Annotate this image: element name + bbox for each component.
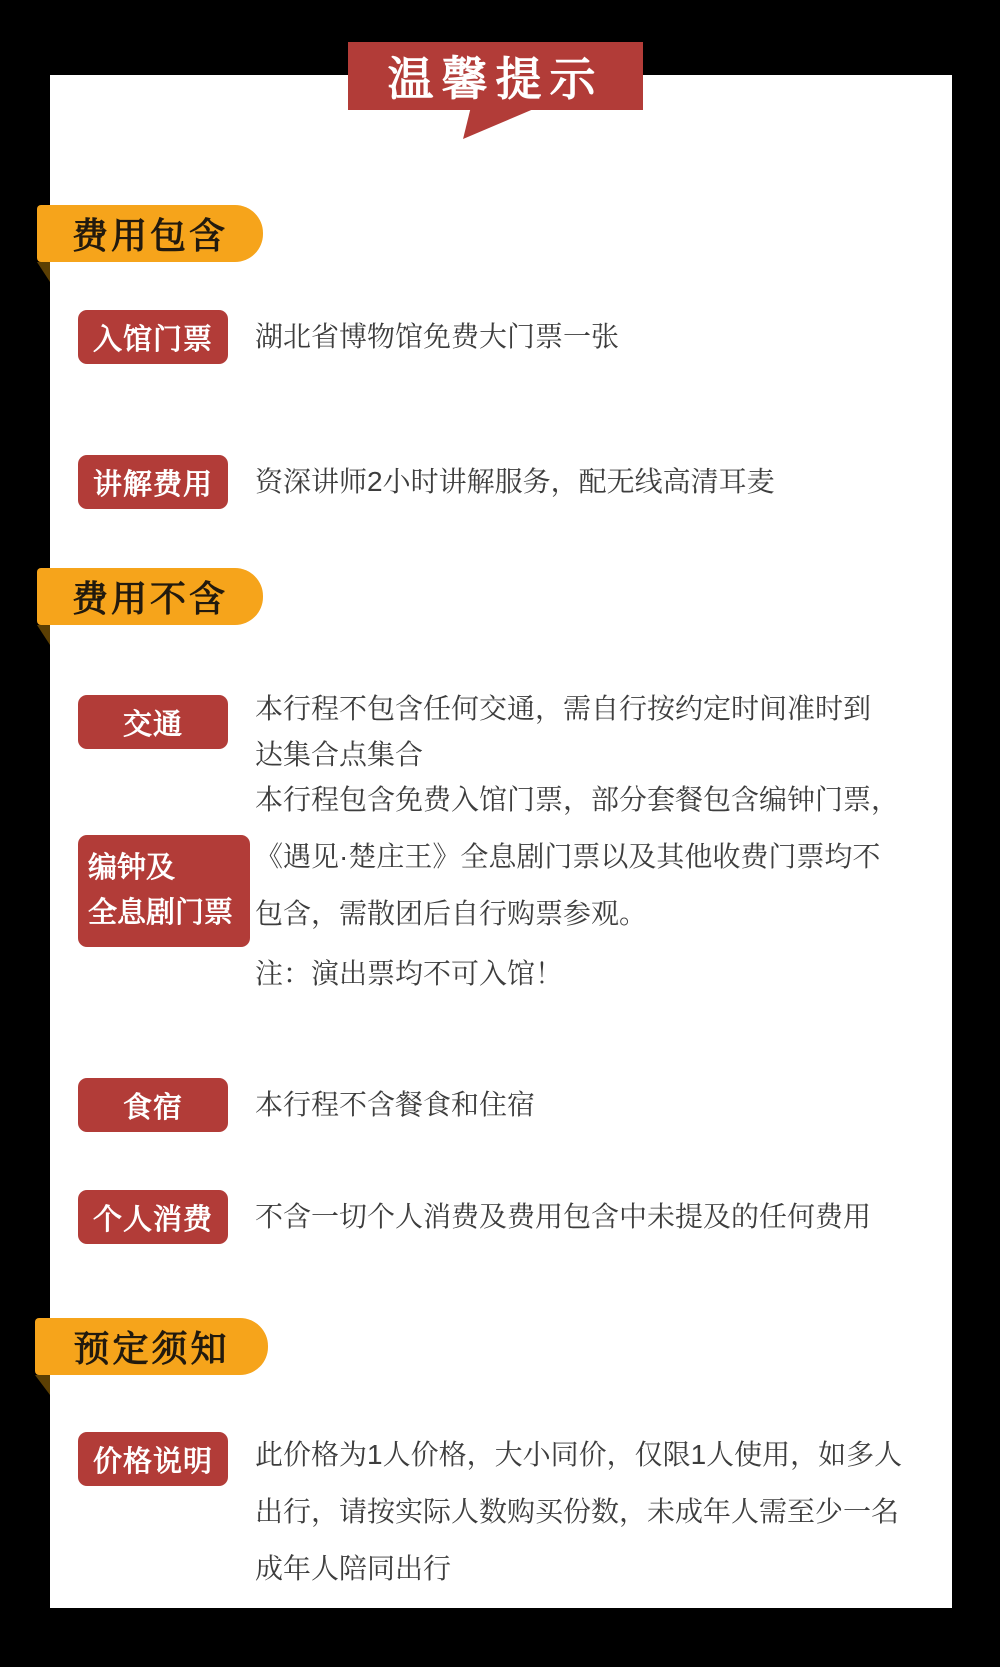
badge-label-line1: 编钟及 <box>88 846 175 891</box>
section-ribbon-fee-included: 费用包含 <box>37 205 263 262</box>
badge-label: 讲解费用 <box>93 462 213 503</box>
warm-tips-banner: 温馨提示 <box>348 42 643 110</box>
badge-guide-fee: 讲解费用 <box>78 455 228 509</box>
ribbon-label: 费用包含 <box>72 208 228 259</box>
ribbon-fold-icon <box>37 625 50 645</box>
badge-chime-holo-ticket: 编钟及 全息剧门票 <box>78 835 250 947</box>
badge-label: 个人消费 <box>93 1197 213 1238</box>
content-card: 费用包含 入馆门票 湖北省博物馆免费大门票一张 讲解费用 资深讲师2小时讲解服务… <box>50 75 952 1608</box>
ribbon-label: 费用不含 <box>72 571 228 622</box>
chime-holo-ticket-note: 注：演出票均不可入馆！ <box>255 954 910 994</box>
tips-page: 温馨提示 费用包含 入馆门票 湖北省博物馆免费大门票一张 讲解费用 资深讲师2小… <box>0 0 1000 1667</box>
badge-label: 入馆门票 <box>93 317 213 358</box>
badge-label-line2: 全息剧门票 <box>88 891 233 936</box>
badge-entry-ticket: 入馆门票 <box>78 310 228 364</box>
transport-text: 本行程不包含任何交通，需自行按约定时间准时到达集合点集合 <box>255 686 895 778</box>
ribbon-fold-icon <box>35 1375 50 1395</box>
ribbon-label: 预定须知 <box>73 1321 229 1372</box>
badge-meals-lodging: 食宿 <box>78 1078 228 1132</box>
banner-title: 温馨提示 <box>388 43 604 109</box>
ribbon-fold-icon <box>37 262 50 282</box>
entry-ticket-text: 湖北省博物馆免费大门票一张 <box>255 310 910 364</box>
section-ribbon-fee-excluded: 费用不含 <box>37 568 263 625</box>
meals-lodging-text: 本行程不含餐食和住宿 <box>255 1078 910 1132</box>
badge-label: 食宿 <box>123 1085 183 1126</box>
price-explanation-text: 此价格为1人价格，大小同价，仅限1人使用，如多人出行，请按实际人数购买份数，未成… <box>255 1426 903 1597</box>
personal-expense-text: 不含一切个人消费及费用包含中未提及的任何费用 <box>255 1190 910 1244</box>
section-ribbon-booking-notes: 预定须知 <box>35 1318 268 1375</box>
badge-price-explanation: 价格说明 <box>78 1432 228 1486</box>
badge-label: 价格说明 <box>93 1439 213 1480</box>
badge-transport: 交通 <box>78 695 228 749</box>
badge-label: 交通 <box>123 702 183 743</box>
chime-holo-ticket-text: 本行程包含免费入馆门票，部分套餐包含编钟门票，《遇见·楚庄王》全息剧门票以及其他… <box>255 771 903 942</box>
guide-fee-text: 资深讲师2小时讲解服务，配无线高清耳麦 <box>255 455 910 509</box>
badge-personal-expense: 个人消费 <box>78 1190 228 1244</box>
